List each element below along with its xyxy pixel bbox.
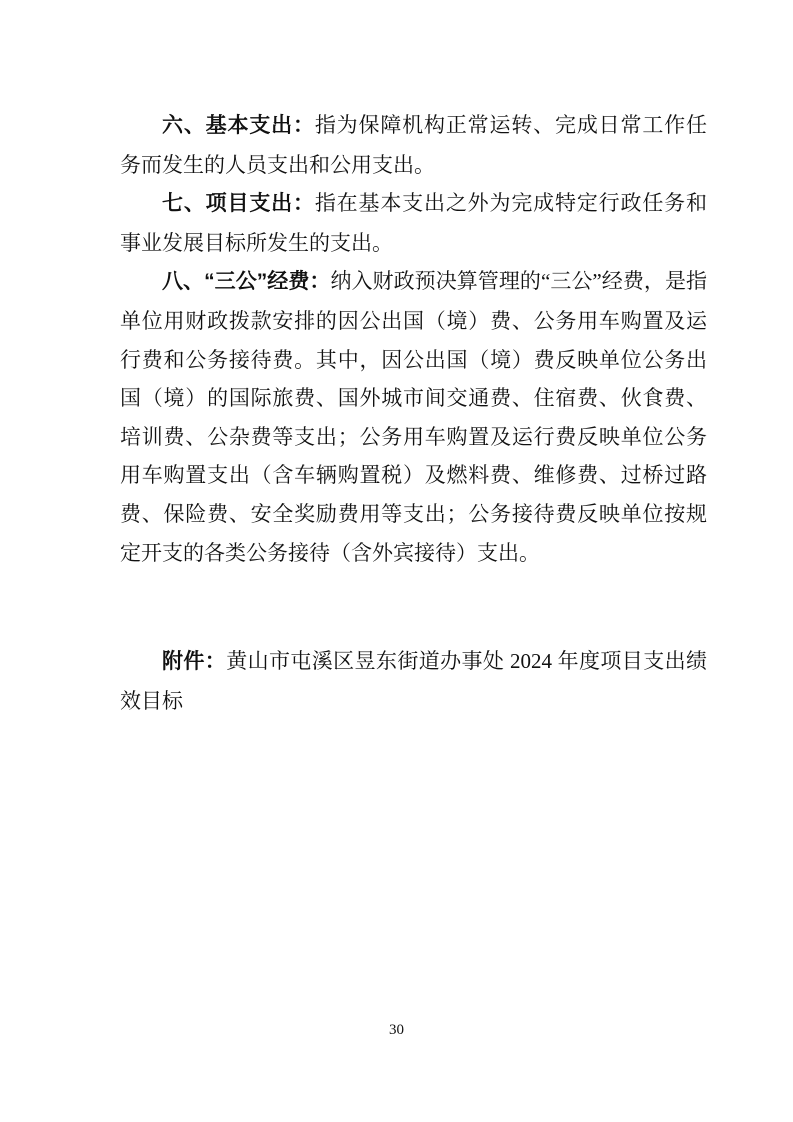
attachment-note-lead: 附件： — [162, 650, 226, 673]
paragraph-three-public-funds: 八、“三公”经费：纳入财政预决算管理的“三公”经费，是指单位用财政拨款安排的因公… — [120, 262, 707, 572]
page-number: 30 — [0, 1022, 793, 1039]
paragraph-project-expenditure: 七、项目支出：指在基本支出之外为完成特定行政任务和事业发展目标所发生的支出。 — [120, 184, 707, 262]
paragraph-basic-expenditure: 六、基本支出：指为保障机构正常运转、完成日常工作任务而发生的人员支出和公用支出。 — [120, 106, 707, 184]
paragraph-basic-expenditure-lead: 六、基本支出： — [162, 114, 315, 137]
document-body: 六、基本支出：指为保障机构正常运转、完成日常工作任务而发生的人员支出和公用支出。… — [120, 106, 707, 720]
attachment-note: 附件：黄山市屯溪区昱东街道办事处 2024 年度项目支出绩效目标 — [120, 642, 707, 720]
paragraph-project-expenditure-lead: 七、项目支出： — [162, 192, 315, 215]
document-page: 六、基本支出：指为保障机构正常运转、完成日常工作任务而发生的人员支出和公用支出。… — [0, 0, 793, 1122]
paragraph-three-public-funds-text: 纳入财政预决算管理的“三公”经费，是指单位用财政拨款安排的因公出国（境）费、公务… — [120, 269, 707, 564]
paragraph-three-public-funds-lead: 八、“三公”经费： — [162, 270, 330, 293]
